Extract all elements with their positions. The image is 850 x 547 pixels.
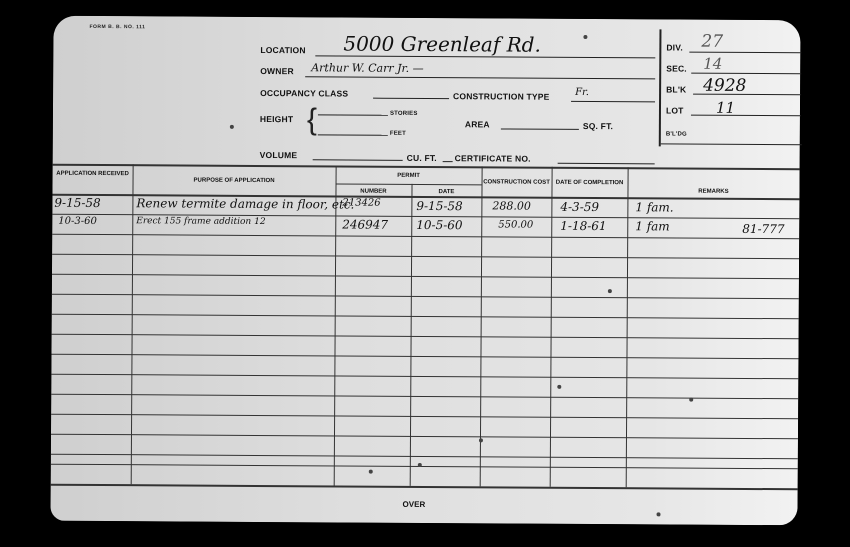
speck [418, 463, 422, 467]
sec-label: SEC. [666, 63, 687, 73]
row-line [52, 234, 799, 240]
cell-completion: 4-3-59 [560, 200, 599, 214]
cell-purpose: Erect 155 frame addition 12 [136, 216, 265, 227]
col-divider [550, 167, 553, 487]
cell-completion: 1-18-61 [560, 219, 606, 233]
cell-permit-number: 213426 [342, 197, 380, 208]
header-purpose: PURPOSE OF APPLICATION [133, 176, 336, 185]
speck [369, 470, 373, 474]
row-line [51, 454, 798, 460]
row-line [51, 464, 798, 470]
owner-value: Arthur W. Carr Jr. — [311, 61, 423, 75]
speck [230, 125, 234, 129]
row-line [51, 434, 798, 440]
table-top-border [53, 164, 800, 171]
div-value: 27 [701, 32, 723, 52]
row-line [51, 394, 798, 400]
certificate-label: CERTIFICATE NO. [455, 153, 531, 163]
row-line [51, 414, 798, 420]
lot-value: 11 [716, 99, 735, 117]
speck [657, 512, 661, 516]
lot-info-box: DIV. 27 SEC. 14 BL'K 4928 LOT 11 B'L'DG [659, 29, 803, 147]
volume-unit: CU. FT. [407, 153, 437, 163]
volume-line [313, 159, 403, 161]
row-line [52, 314, 799, 320]
col-divider [334, 165, 337, 485]
speck [479, 438, 483, 442]
cell-received: 10-3-60 [58, 216, 97, 227]
feet-label: FEET [390, 131, 406, 137]
over-label: OVER [403, 500, 426, 509]
construction-type-label: CONSTRUCTION TYPE [453, 91, 549, 102]
row-line [51, 374, 798, 380]
cell-remarks: 1 fam. [635, 200, 673, 214]
blk-value: 4928 [703, 76, 746, 96]
bldg-label: B'L'DG [666, 131, 687, 137]
row-line [52, 294, 799, 300]
occupancy-class-label: OCCUPANCY CLASS [260, 88, 348, 99]
div-line [689, 52, 801, 54]
stories-label: STORIES [390, 111, 418, 117]
height-label: HEIGHT [260, 114, 293, 124]
cell-purpose: Renew termite damage in floor, etc. [136, 196, 354, 211]
area-line [501, 128, 579, 129]
bldg-line [661, 143, 802, 145]
construction-type-value: Fr. [575, 87, 589, 98]
speck [583, 35, 587, 39]
stories-line [318, 114, 388, 115]
cell-permit-date: 10-5-60 [416, 218, 462, 232]
table-bottom-border [51, 484, 798, 491]
lot-line [691, 115, 801, 117]
div-label: DIV. [666, 42, 683, 52]
area-label: AREA [465, 119, 490, 129]
speck [689, 398, 693, 402]
building-permit-card: FORM B. B. NO. 111 LOCATION 5000 Greenle… [50, 16, 800, 526]
form-number: FORM B. B. NO. 111 [89, 24, 145, 30]
cell-cost: 550.00 [498, 219, 533, 230]
row-line [51, 354, 798, 360]
cell-received: 9-15-58 [54, 196, 100, 210]
owner-line [305, 76, 655, 79]
cert-lead-line [443, 161, 453, 162]
owner-label: OWNER [260, 66, 294, 76]
cell-remarks: 1 fam [635, 219, 670, 233]
certificate-line [558, 163, 655, 165]
cell-permit-number: 246947 [342, 217, 388, 231]
location-label: LOCATION [260, 45, 305, 55]
speck [557, 385, 561, 389]
feet-line [318, 134, 388, 135]
sec-value: 14 [703, 55, 722, 73]
header-permit: PERMIT [336, 171, 482, 180]
cell-permit-date: 9-15-58 [416, 199, 462, 213]
row-line [52, 334, 799, 340]
row-line [52, 274, 799, 280]
col-divider [410, 184, 413, 486]
header-date-of-completion: DATE OF COMPLETION [552, 179, 628, 187]
area-unit: SQ. FT. [583, 121, 613, 131]
speck [608, 289, 612, 293]
col-divider [131, 164, 134, 484]
blk-label: BL'K [666, 84, 686, 94]
header-construction-cost: CONSTRUCTION COST [482, 178, 552, 186]
permit-sub-divider [336, 183, 482, 185]
lot-label: LOT [666, 105, 684, 115]
cell-cost: 288.00 [492, 199, 531, 212]
location-value: 5000 Greenleaf Rd. [343, 31, 541, 56]
permit-history-table: APPLICATION RECEIVED PURPOSE OF APPLICAT… [53, 164, 800, 169]
header-application-received: APPLICATION RECEIVED [53, 170, 133, 178]
row-line [52, 254, 799, 260]
volume-label: VOLUME [260, 150, 298, 160]
construction-type-line [571, 101, 655, 103]
occupancy-class-line [373, 98, 449, 99]
sec-line [691, 73, 801, 75]
header-remarks: REMARKS [627, 187, 799, 196]
height-brace: { [307, 105, 317, 135]
cell-remarks-extra: 81-777 [742, 222, 784, 236]
col-divider [626, 167, 629, 487]
